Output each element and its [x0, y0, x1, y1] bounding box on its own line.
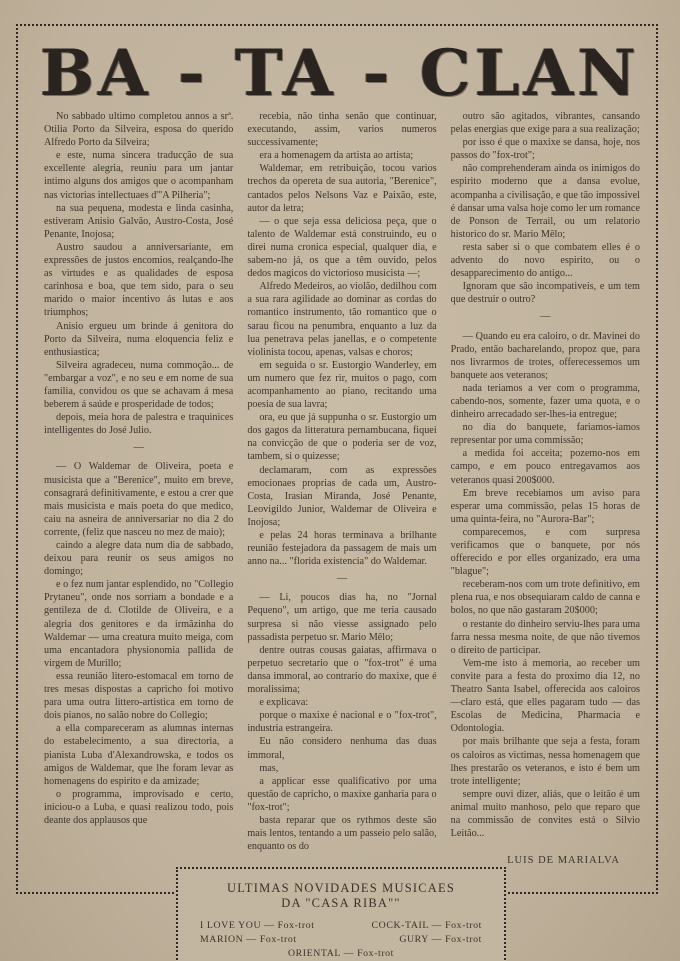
paragraph: em seguida o sr. Eustorgio Wanderley, em… [247, 359, 436, 411]
paragraph: era a homenagem da artista ao artista; [247, 149, 436, 162]
paragraph: por mais brilhante que seja a festa, for… [451, 735, 640, 787]
section-separator: — [44, 441, 233, 454]
paragraph: Alfredo Medeiros, ao violão, dedilhou co… [247, 280, 436, 359]
paragraph: essa reunião litero-estomacal em torno d… [44, 670, 233, 722]
paragraph: Vem-me isto á memoria, ao receber um con… [451, 657, 640, 736]
paragraph: o programma, improvisado e certo, inicio… [44, 788, 233, 827]
paragraph: Anisio ergueu um brinde á genitora do Po… [44, 320, 233, 359]
paragraph: — o que seja essa deliciosa peça, que o … [247, 215, 436, 280]
paragraph: outro são agitados, vibrantes, cansando … [451, 110, 640, 136]
paragraph: não comprehenderam ainda os inimigos do … [451, 162, 640, 241]
paragraph: Ignoram que são incompativeis, e um tem … [451, 280, 640, 306]
paragraph: sempre ouvi dizer, aliás, que o leitão é… [451, 788, 640, 840]
paragraph: basta reparar que os rythmos deste são m… [247, 814, 436, 853]
paragraph: depois, meia hora de palestra e traquini… [44, 411, 233, 437]
paragraph: comparecemos, e com surpresa verificamos… [451, 526, 640, 578]
paragraph: — O Waldemar de Oliveira, poeta e musici… [44, 460, 233, 539]
song-item: ORIENTAL — Fox-trot [200, 947, 482, 961]
author-signature: LUIS DE MARIALVA [451, 854, 640, 867]
paragraph: resta saber si o que combatem elles é o … [451, 241, 640, 280]
paragraph: e o fez num jantar esplendido, no "Colle… [44, 578, 233, 670]
music-advertisement: ULTIMAS NOVIDADES MUSICAES DA "CASA RIBA… [176, 867, 506, 961]
section-separator: — [451, 310, 640, 323]
song-item: MARION — Fox-trot [200, 933, 341, 947]
paragraph: ora, eu que já suppunha o sr. Eustorgio … [247, 411, 436, 463]
paragraph: o restante do dinheiro serviu-lhes para … [451, 618, 640, 657]
paragraph: porque o maxixe é nacional e o "fox-trot… [247, 709, 436, 735]
paragraph: nada teriamos a ver com o programma, cab… [451, 382, 640, 421]
paragraph: mas, [247, 762, 436, 775]
advertisement-title: ULTIMAS NOVIDADES MUSICAES DA "CASA RIBA… [178, 881, 504, 911]
column-2: recebia, não tinha senão que continuar, … [247, 110, 436, 870]
paragraph: e este, numa sincera traducção de sua ex… [44, 149, 233, 201]
paragraph: a ella compareceram as alumnas internas … [44, 722, 233, 787]
paragraph: No sabbado ultimo completou annos a srª.… [44, 110, 233, 149]
paragraph: por isso é que o maxixe se dansa, hoje, … [451, 136, 640, 162]
paragraph: Silveira agradeceu, numa commoção... de … [44, 359, 233, 411]
paragraph: receberam-nos com um trote definitivo, e… [451, 578, 640, 617]
paragraph: Waldemar, em retribuição, tocou varios t… [247, 162, 436, 214]
paragraph: — Li, poucos dias ha, no "Jornal Pequeno… [247, 591, 436, 643]
column-1: No sabbado ultimo completou annos a srª.… [44, 110, 233, 870]
song-item: GURY — Fox-trot [341, 933, 482, 947]
advertisement-song-list: I LOVE YOU — Fox-trot COCK-TAIL — Fox-tr… [200, 919, 482, 961]
section-separator: — [247, 572, 436, 585]
paragraph: a applicar esse qualificativo por uma qu… [247, 775, 436, 814]
paragraph: Eu não considero nenhuma das duas immora… [247, 735, 436, 761]
page-title: BA - TA - CLAN [0, 36, 680, 111]
article-body: No sabbado ultimo completou annos a srª.… [44, 110, 640, 870]
paragraph: declamaram, com as expressões emocionaes… [247, 464, 436, 529]
paragraph: a medida foi acceita; pozemo-nos em camp… [451, 447, 640, 486]
paragraph: dentre outras cousas gaiatas, affirmava … [247, 644, 436, 696]
song-item: COCK-TAIL — Fox-trot [341, 919, 482, 933]
paragraph: na sua pequena, modesta e linda casinha,… [44, 202, 233, 241]
paragraph: e explicava: [247, 696, 436, 709]
paragraph: Austro saudou a anniversariante, em expr… [44, 241, 233, 320]
paragraph: recebia, não tinha senão que continuar, … [247, 110, 436, 149]
paragraph: no dia do banquete, fariamos-iamos repre… [451, 421, 640, 447]
song-item: I LOVE YOU — Fox-trot [200, 919, 341, 933]
paragraph: e pelas 24 horas terminava a brilhante r… [247, 529, 436, 568]
paragraph: Em breve recebiamos um aviso para espera… [451, 487, 640, 526]
column-3: outro são agitados, vibrantes, cansando … [451, 110, 640, 870]
paragraph: — Quando eu era caloiro, o dr. Mavinei d… [451, 330, 640, 382]
paragraph: caindo a alegre data num dia de sabbado,… [44, 539, 233, 578]
